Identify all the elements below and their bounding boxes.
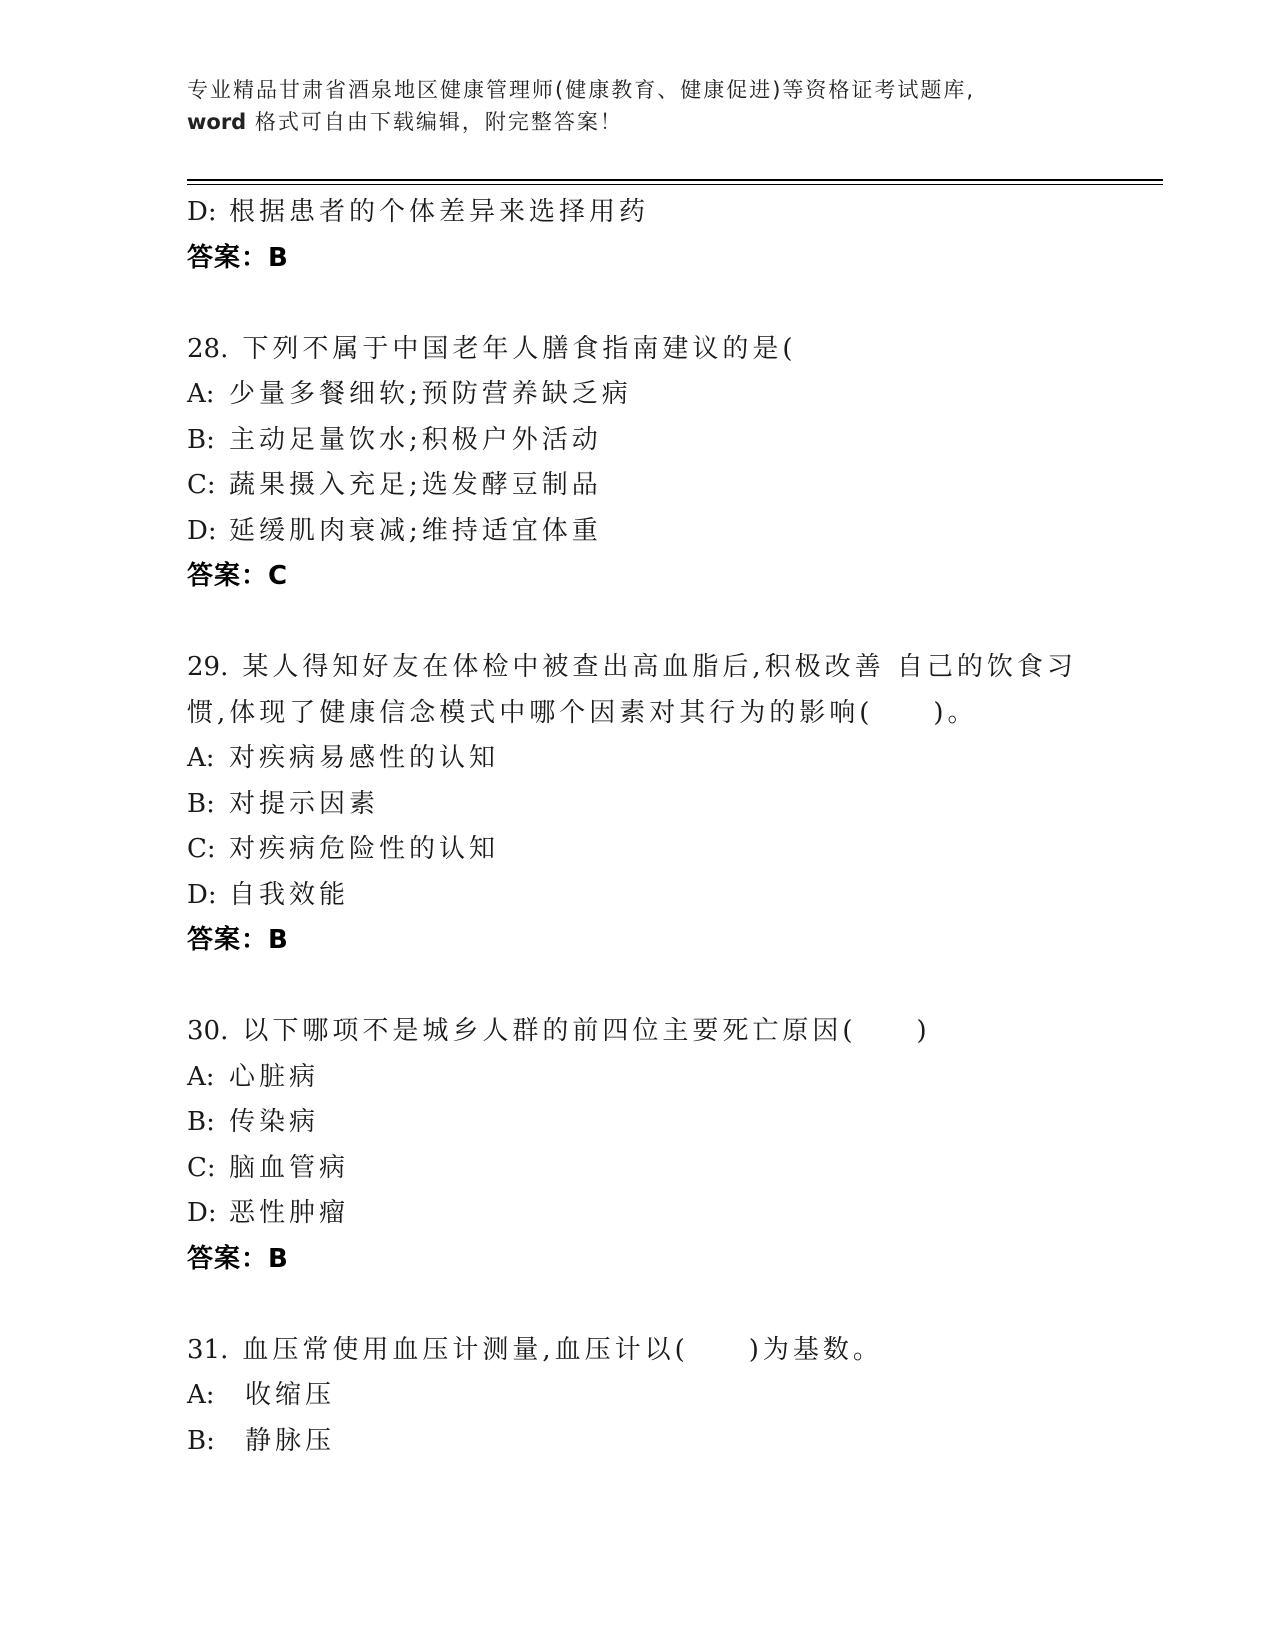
option-text: 收缩压 xyxy=(245,1380,335,1410)
option-text: 根据患者的个体差异来选择用药 xyxy=(229,197,649,227)
question-30: 30.以下哪项不是城乡人群的前四位主要死亡原因( ) A:心脏病 B:传染病 C… xyxy=(187,1009,1167,1282)
option-text: 少量多餐细软;预防营养缺乏病 xyxy=(229,379,632,409)
question-stem: 31.血压常使用血压计测量,血压计以( )为基数。 xyxy=(187,1328,1167,1374)
option-a: A:少量多餐细软;预防营养缺乏病 xyxy=(187,372,1167,418)
question-28: 28.下列不属于中国老年人膳食指南建议的是( A:少量多餐细软;预防营养缺乏病 … xyxy=(187,327,1167,600)
option-label: A: xyxy=(187,372,229,418)
option-b: B:对提示因素 xyxy=(187,782,1167,828)
option-d: D:恶性肿瘤 xyxy=(187,1191,1167,1237)
option-label: B: xyxy=(187,1100,229,1146)
option-text: 蔬果摄入充足;选发酵豆制品 xyxy=(229,470,602,500)
option-text: 对提示因素 xyxy=(229,789,379,819)
option-c: C:脑血管病 xyxy=(187,1146,1167,1192)
question-27-tail: D:根据患者的个体差异来选择用药 答案：B xyxy=(187,190,1167,281)
option-label: D: xyxy=(187,873,229,919)
spacer xyxy=(187,600,1167,646)
option-b: B:静脉压 xyxy=(187,1419,1167,1465)
answer-line: 答案：B xyxy=(187,236,1167,282)
question-stem: 30.以下哪项不是城乡人群的前四位主要死亡原因( ) xyxy=(187,1009,1167,1055)
option-label: B: xyxy=(187,418,229,464)
question-stem: 28.下列不属于中国老年人膳食指南建议的是( xyxy=(187,327,1167,373)
option-text: 传染病 xyxy=(229,1107,319,1137)
option-text: 自我效能 xyxy=(229,880,349,910)
option-b: B:主动足量饮水;积极户外活动 xyxy=(187,418,1167,464)
option-text: 心脏病 xyxy=(229,1062,319,1092)
question-stem-text: 某人得知好友在体检中被查出高血脂后,积极改善 自己的饮食习 xyxy=(242,652,1077,682)
option-label: C: xyxy=(187,463,229,509)
question-list: D:根据患者的个体差异来选择用药 答案：B 28.下列不属于中国老年人膳食指南建… xyxy=(187,190,1167,1464)
question-stem-continued: 惯,体现了健康信念模式中哪个因素对其行为的影响( )。 xyxy=(187,691,1167,737)
option-text: 脑血管病 xyxy=(229,1153,349,1183)
option-label: C: xyxy=(187,1146,229,1192)
option-text: 主动足量饮水;积极户外活动 xyxy=(229,425,602,455)
option-d: D:根据患者的个体差异来选择用药 xyxy=(187,190,1167,236)
option-d: D:延缓肌肉衰减;维持适宜体重 xyxy=(187,509,1167,555)
question-number: 31. xyxy=(187,1335,228,1365)
answer-line: 答案：B xyxy=(187,918,1167,964)
question-stem-text: 以下哪项不是城乡人群的前四位主要死亡原因( ) xyxy=(242,1016,930,1046)
header-line-2-text: 格式可自由下载编辑，附完整答案！ xyxy=(246,110,623,134)
option-c: C:对疾病危险性的认知 xyxy=(187,827,1167,873)
option-text: 对疾病易感性的认知 xyxy=(229,743,499,773)
option-label: D: xyxy=(187,509,229,555)
question-29: 29.某人得知好友在体检中被查出高血脂后,积极改善 自己的饮食习 惯,体现了健康… xyxy=(187,645,1167,964)
question-stem: 29.某人得知好友在体检中被查出高血脂后,积极改善 自己的饮食习 xyxy=(187,645,1167,691)
option-label: B: xyxy=(187,1419,245,1465)
option-a: A:对疾病易感性的认知 xyxy=(187,736,1167,782)
answer-line: 答案：C xyxy=(187,554,1167,600)
option-label: A: xyxy=(187,1055,229,1101)
spacer xyxy=(187,964,1167,1010)
option-label: B: xyxy=(187,782,229,828)
option-label: D: xyxy=(187,1191,229,1237)
question-stem-text: 血压常使用血压计测量,血压计以( )为基数。 xyxy=(242,1335,883,1365)
option-label: A: xyxy=(187,736,229,782)
option-c: C:蔬果摄入充足;选发酵豆制品 xyxy=(187,463,1167,509)
option-text: 对疾病危险性的认知 xyxy=(229,834,499,864)
header-line-1: 专业精品甘肃省酒泉地区健康管理师(健康教育、健康促进)等资格证考试题库, xyxy=(187,74,1167,106)
option-label: C: xyxy=(187,827,229,873)
header-double-rule xyxy=(187,179,1163,185)
header-line-2: word 格式可自由下载编辑，附完整答案！ xyxy=(187,106,1167,138)
option-d: D:自我效能 xyxy=(187,873,1167,919)
option-text: 延缓肌肉衰减;维持适宜体重 xyxy=(229,516,602,546)
answer-line: 答案：B xyxy=(187,1237,1167,1283)
header-word-label: word xyxy=(187,110,246,134)
option-text: 恶性肿瘤 xyxy=(229,1198,349,1228)
spacer xyxy=(187,281,1167,327)
option-label: A: xyxy=(187,1373,245,1419)
option-label: D: xyxy=(187,190,229,236)
question-number: 29. xyxy=(187,652,228,682)
question-stem-text: 下列不属于中国老年人膳食指南建议的是( xyxy=(242,334,796,364)
option-a: A:收缩压 xyxy=(187,1373,1167,1419)
question-number: 28. xyxy=(187,334,228,364)
document-header: 专业精品甘肃省酒泉地区健康管理师(健康教育、健康促进)等资格证考试题库, wor… xyxy=(187,74,1167,138)
question-31: 31.血压常使用血压计测量,血压计以( )为基数。 A:收缩压 B:静脉压 xyxy=(187,1328,1167,1465)
question-number: 30. xyxy=(187,1016,228,1046)
option-a: A:心脏病 xyxy=(187,1055,1167,1101)
option-b: B:传染病 xyxy=(187,1100,1167,1146)
spacer xyxy=(187,1282,1167,1328)
option-text: 静脉压 xyxy=(245,1426,335,1456)
